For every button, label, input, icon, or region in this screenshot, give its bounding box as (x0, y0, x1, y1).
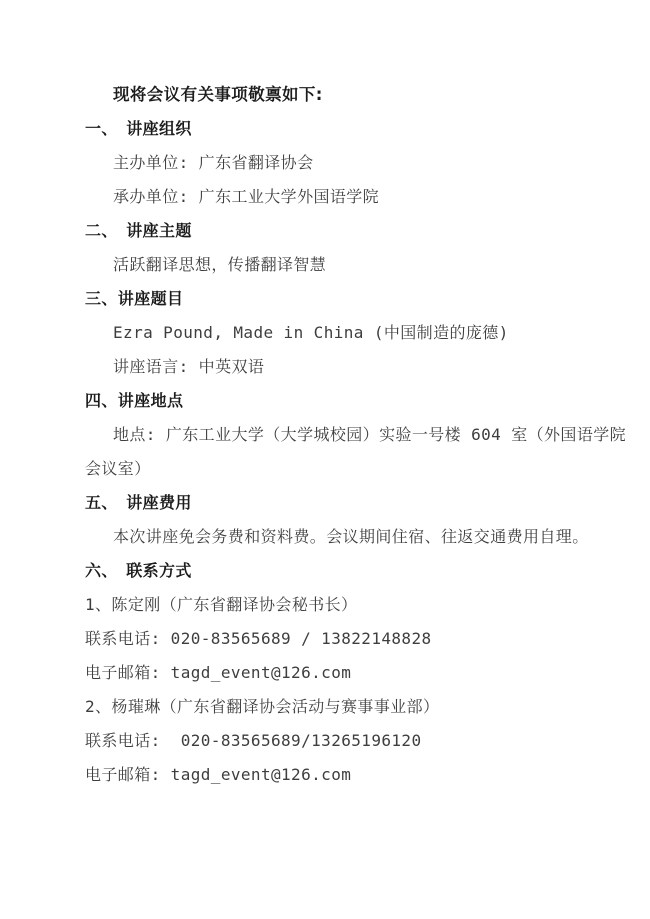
contact-2-email-line: 电子邮箱: tagd_event@126.com (85, 758, 590, 792)
contact-1-email-line: 电子邮箱: tagd_event@126.com (85, 656, 590, 690)
lecture-title-line: Ezra Pound, Made in China (中国制造的庞德) (85, 316, 590, 350)
section-lecture-theme-heading: 二、 讲座主题 (85, 214, 590, 248)
contact-1-phone-line: 联系电话: 020-83565689 / 13822148828 (85, 622, 590, 656)
document-page: 现将会议有关事项敬禀如下: 一、 讲座组织 主办单位: 广东省翻译协会 承办单位… (0, 0, 650, 919)
section-lecture-organization-heading: 一、 讲座组织 (85, 112, 590, 146)
contact-2-phone-line: 联系电话: 020-83565689/13265196120 (85, 724, 590, 758)
section-lecture-fees: 五、 讲座费用 本次讲座免会务费和资料费。会议期间住宿、往返交通费用自理。 (85, 486, 590, 554)
contact-1-name-line: 1、陈定刚（广东省翻译协会秘书长） (85, 588, 590, 622)
venue-line-1: 地点: 广东工业大学（大学城校园）实验一号楼 604 室（外国语学院 (85, 418, 590, 452)
host-unit-line: 主办单位: 广东省翻译协会 (85, 146, 590, 180)
section-contact-info-heading: 六、 联系方式 (85, 554, 590, 588)
section-lecture-title: 三、讲座题目 Ezra Pound, Made in China (中国制造的庞… (85, 282, 590, 384)
section-lecture-title-heading: 三、讲座题目 (85, 282, 590, 316)
section-lecture-organization: 一、 讲座组织 主办单位: 广东省翻译协会 承办单位: 广东工业大学外国语学院 (85, 112, 590, 214)
section-lecture-venue-heading: 四、讲座地点 (85, 384, 590, 418)
section-lecture-theme: 二、 讲座主题 活跃翻译思想，传播翻译智慧 (85, 214, 590, 282)
contact-2: 2、杨璀琳（广东省翻译协会活动与赛事事业部） 联系电话: 020-8356568… (85, 690, 590, 792)
intro-line: 现将会议有关事项敬禀如下: (85, 78, 590, 112)
section-lecture-fees-heading: 五、 讲座费用 (85, 486, 590, 520)
organizer-unit-line: 承办单位: 广东工业大学外国语学院 (85, 180, 590, 214)
contact-1: 1、陈定刚（广东省翻译协会秘书长） 联系电话: 020-83565689 / 1… (85, 588, 590, 690)
lecture-theme-line: 活跃翻译思想，传播翻译智慧 (85, 248, 590, 282)
fees-line: 本次讲座免会务费和资料费。会议期间住宿、往返交通费用自理。 (85, 520, 590, 554)
venue-line-2: 会议室） (85, 452, 590, 486)
section-contact-info: 六、 联系方式 1、陈定刚（广东省翻译协会秘书长） 联系电话: 020-8356… (85, 554, 590, 792)
section-lecture-venue: 四、讲座地点 地点: 广东工业大学（大学城校园）实验一号楼 604 室（外国语学… (85, 384, 590, 486)
contact-2-name-line: 2、杨璀琳（广东省翻译协会活动与赛事事业部） (85, 690, 590, 724)
lecture-language-line: 讲座语言: 中英双语 (85, 350, 590, 384)
